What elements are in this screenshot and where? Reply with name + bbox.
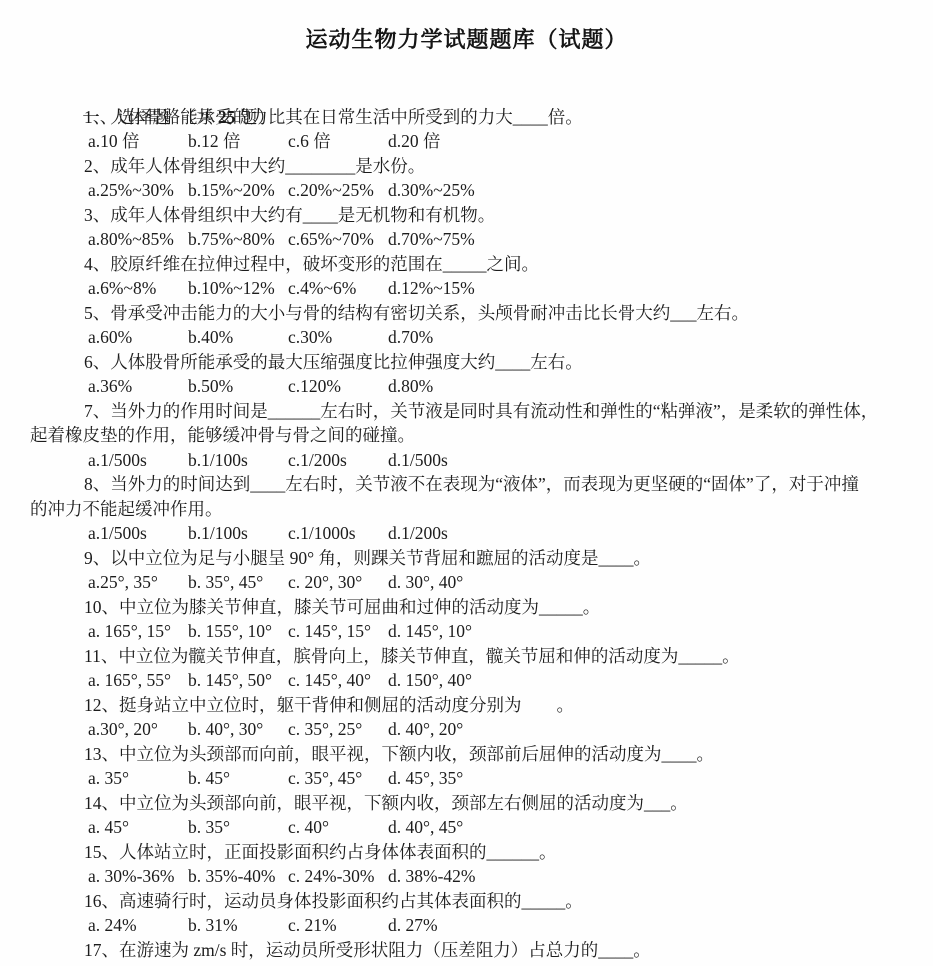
- option-item: b. 31%: [188, 913, 288, 938]
- question-stem: 11、中立位为髋关节伸直，膑骨向上，膝关节伸直，髋关节屈和伸的活动度为_____…: [30, 644, 907, 669]
- option-item: c.30%: [288, 325, 388, 350]
- option-item: c. 35°, 25°: [288, 717, 388, 742]
- options-row: a.1/500sb.1/100sc.1/1000sd.1/200s: [30, 521, 907, 546]
- options-row: a. 165°, 15°b. 155°, 10°c. 145°, 15°d. 1…: [30, 619, 907, 644]
- option-item: d.12%~15%: [388, 276, 488, 301]
- option-item: a. 35°: [88, 766, 188, 791]
- option-item: b.1/100s: [188, 448, 288, 473]
- option-item: c. 21%: [288, 913, 388, 938]
- option-item: a.6%~8%: [88, 276, 188, 301]
- option-item: b. 145°, 50°: [188, 668, 288, 693]
- question-stem: 13、中立位为头颈部而向前，眼平视，下额内收，颈部前后屈伸的活动度为____。: [30, 742, 907, 767]
- option-item: b.10%~12%: [188, 276, 288, 301]
- options-row: a.36%b.50%c.120%d.80%: [30, 374, 907, 399]
- question-stem: 6、人体股骨所能承受的最大压缩强度比拉伸强度大约____左右。: [30, 350, 907, 375]
- document-page: 运动生物力学试题题库（试题） 一、选择题 （共 25 题） 1、人体骨骼能承受的…: [0, 0, 933, 966]
- option-item: b.50%: [188, 374, 288, 399]
- page-title: 运动生物力学试题题库（试题）: [0, 0, 933, 56]
- section-heading: 一、选择题 （共 25 题）: [30, 80, 907, 105]
- option-item: c. 24%-30%: [288, 864, 388, 889]
- option-item: c. 20°, 30°: [288, 570, 388, 595]
- option-item: a.36%: [88, 374, 188, 399]
- question-stem: 8、当外力的时间达到____左右时，关节液不在表现为“液体”，而表现为更坚硬的“…: [30, 472, 907, 497]
- option-item: a.1/500s: [88, 521, 188, 546]
- option-item: c.65%~70%: [288, 227, 388, 252]
- option-item: b. 35%-40%: [188, 864, 288, 889]
- option-item: b.1/100s: [188, 521, 288, 546]
- option-item: a. 45°: [88, 815, 188, 840]
- options-row: a. 24%b. 31%c. 21%d. 27%: [30, 913, 907, 938]
- question-stem: 3、成年人体骨组织中大约有____是无机物和有机物。: [30, 203, 907, 228]
- option-item: d. 27%: [388, 913, 488, 938]
- options-row: a.25°, 35°b. 35°, 45°c. 20°, 30°d. 30°, …: [30, 570, 907, 595]
- options-row: a. 30%-36%b. 35%-40%c. 24%-30%d. 38%-42%: [30, 864, 907, 889]
- options-row: a.30°, 20°b. 40°, 30°c. 35°, 25°d. 40°, …: [30, 717, 907, 742]
- option-item: a.25%~30%: [88, 178, 188, 203]
- option-item: b.12 倍: [188, 129, 288, 154]
- option-item: a.25°, 35°: [88, 570, 188, 595]
- question-stem: 14、中立位为头颈部向前，眼平视，下额内收，颈部左右侧屈的活动度为___。: [30, 791, 907, 816]
- option-item: b. 40°, 30°: [188, 717, 288, 742]
- option-item: d. 40°, 20°: [388, 717, 488, 742]
- options-row: a.60%b.40%c.30%d.70%: [30, 325, 907, 350]
- option-item: c.20%~25%: [288, 178, 388, 203]
- option-item: d. 150°, 40°: [388, 668, 488, 693]
- option-item: d. 40°, 45°: [388, 815, 488, 840]
- question-stem: 的冲力不能起缓冲作用。: [30, 497, 907, 522]
- question-stem: 4、胶原纤维在拉伸过程中，破坏变形的范围在_____之间。: [30, 252, 907, 277]
- option-item: d. 38%-42%: [388, 864, 488, 889]
- option-item: b.40%: [188, 325, 288, 350]
- option-item: d.30%~25%: [388, 178, 488, 203]
- option-item: d.1/500s: [388, 448, 488, 473]
- option-item: a. 165°, 55°: [88, 668, 188, 693]
- option-item: c.1/200s: [288, 448, 388, 473]
- option-item: a.60%: [88, 325, 188, 350]
- options-row: a. 45°b. 35°c. 40°d. 40°, 45°: [30, 815, 907, 840]
- options-row: a.10 倍b.12 倍c.6 倍d.20 倍: [30, 129, 907, 154]
- options-row: a. 35°b. 45°c. 35°, 45°d. 45°, 35°: [30, 766, 907, 791]
- option-item: d. 30°, 40°: [388, 570, 488, 595]
- option-item: c.4%~6%: [288, 276, 388, 301]
- option-item: c.6 倍: [288, 129, 388, 154]
- question-stem: 15、人体站立时，正面投影面积约占身体体表面积的______。: [30, 840, 907, 865]
- option-item: b.15%~20%: [188, 178, 288, 203]
- options-row: a.80%~85%b.75%~80%c.65%~70%d.70%~75%: [30, 227, 907, 252]
- option-item: c.120%: [288, 374, 388, 399]
- options-row: a.6%~8%b.10%~12%c.4%~6%d.12%~15%: [30, 276, 907, 301]
- option-item: d.70%: [388, 325, 488, 350]
- option-item: a. 24%: [88, 913, 188, 938]
- question-stem: 10、中立位为膝关节伸直，膝关节可屈曲和过伸的活动度为_____。: [30, 595, 907, 620]
- option-item: d.20 倍: [388, 129, 488, 154]
- option-item: a. 165°, 15°: [88, 619, 188, 644]
- options-row: a.25%~30%b.15%~20%c.20%~25%d.30%~25%: [30, 178, 907, 203]
- question-stem: 17、在游速为 zm/s 时，运动员所受形状阻力（压差阻力）占总力的____。: [30, 938, 907, 963]
- option-item: c. 40°: [288, 815, 388, 840]
- option-item: d.80%: [388, 374, 488, 399]
- question-stem: 起着橡皮垫的作用，能够缓冲骨与骨之间的碰撞。: [30, 423, 907, 448]
- question-stem: 1、人体骨骼能承受的力比其在日常生活中所受到的力大____倍。: [30, 105, 907, 130]
- question-stem: 9、以中立位为足与小腿呈 90° 角，则踝关节背屈和蹠屈的活动度是____。: [30, 546, 907, 571]
- question-stem: 5、骨承受冲击能力的大小与骨的结构有密切关系，头颅骨耐冲击比长骨大约___左右。: [30, 301, 907, 326]
- option-item: b.75%~80%: [188, 227, 288, 252]
- option-item: d.1/200s: [388, 521, 488, 546]
- option-item: a.30°, 20°: [88, 717, 188, 742]
- option-item: b. 45°: [188, 766, 288, 791]
- questions-list: 1、人体骨骼能承受的力比其在日常生活中所受到的力大____倍。a.10 倍b.1…: [30, 105, 907, 963]
- option-item: b. 35°, 45°: [188, 570, 288, 595]
- option-item: d.70%~75%: [388, 227, 488, 252]
- options-row: a. 165°, 55°b. 145°, 50°c. 145°, 40°d. 1…: [30, 668, 907, 693]
- option-item: c.1/1000s: [288, 521, 388, 546]
- option-item: a. 30%-36%: [88, 864, 188, 889]
- option-item: c. 145°, 15°: [288, 619, 388, 644]
- question-stem: 7、当外力的作用时间是______左右时，关节液是同时具有流动性和弹性的“粘弹液…: [30, 399, 907, 424]
- option-item: c. 145°, 40°: [288, 668, 388, 693]
- document-body: 一、选择题 （共 25 题） 1、人体骨骼能承受的力比其在日常生活中所受到的力大…: [0, 80, 933, 962]
- option-item: b. 155°, 10°: [188, 619, 288, 644]
- question-stem: 2、成年人体骨组织中大约________是水份。: [30, 154, 907, 179]
- option-item: d. 45°, 35°: [388, 766, 488, 791]
- option-item: a.10 倍: [88, 129, 188, 154]
- option-item: a.1/500s: [88, 448, 188, 473]
- option-item: c. 35°, 45°: [288, 766, 388, 791]
- question-stem: 12、挺身站立中立位时，躯干背伸和侧屈的活动度分别为 。: [30, 693, 907, 718]
- option-item: a.80%~85%: [88, 227, 188, 252]
- option-item: d. 145°, 10°: [388, 619, 488, 644]
- option-item: b. 35°: [188, 815, 288, 840]
- question-stem: 16、高速骑行时，运动员身体投影面积约占其体表面积的_____。: [30, 889, 907, 914]
- options-row: a.1/500sb.1/100sc.1/200sd.1/500s: [30, 448, 907, 473]
